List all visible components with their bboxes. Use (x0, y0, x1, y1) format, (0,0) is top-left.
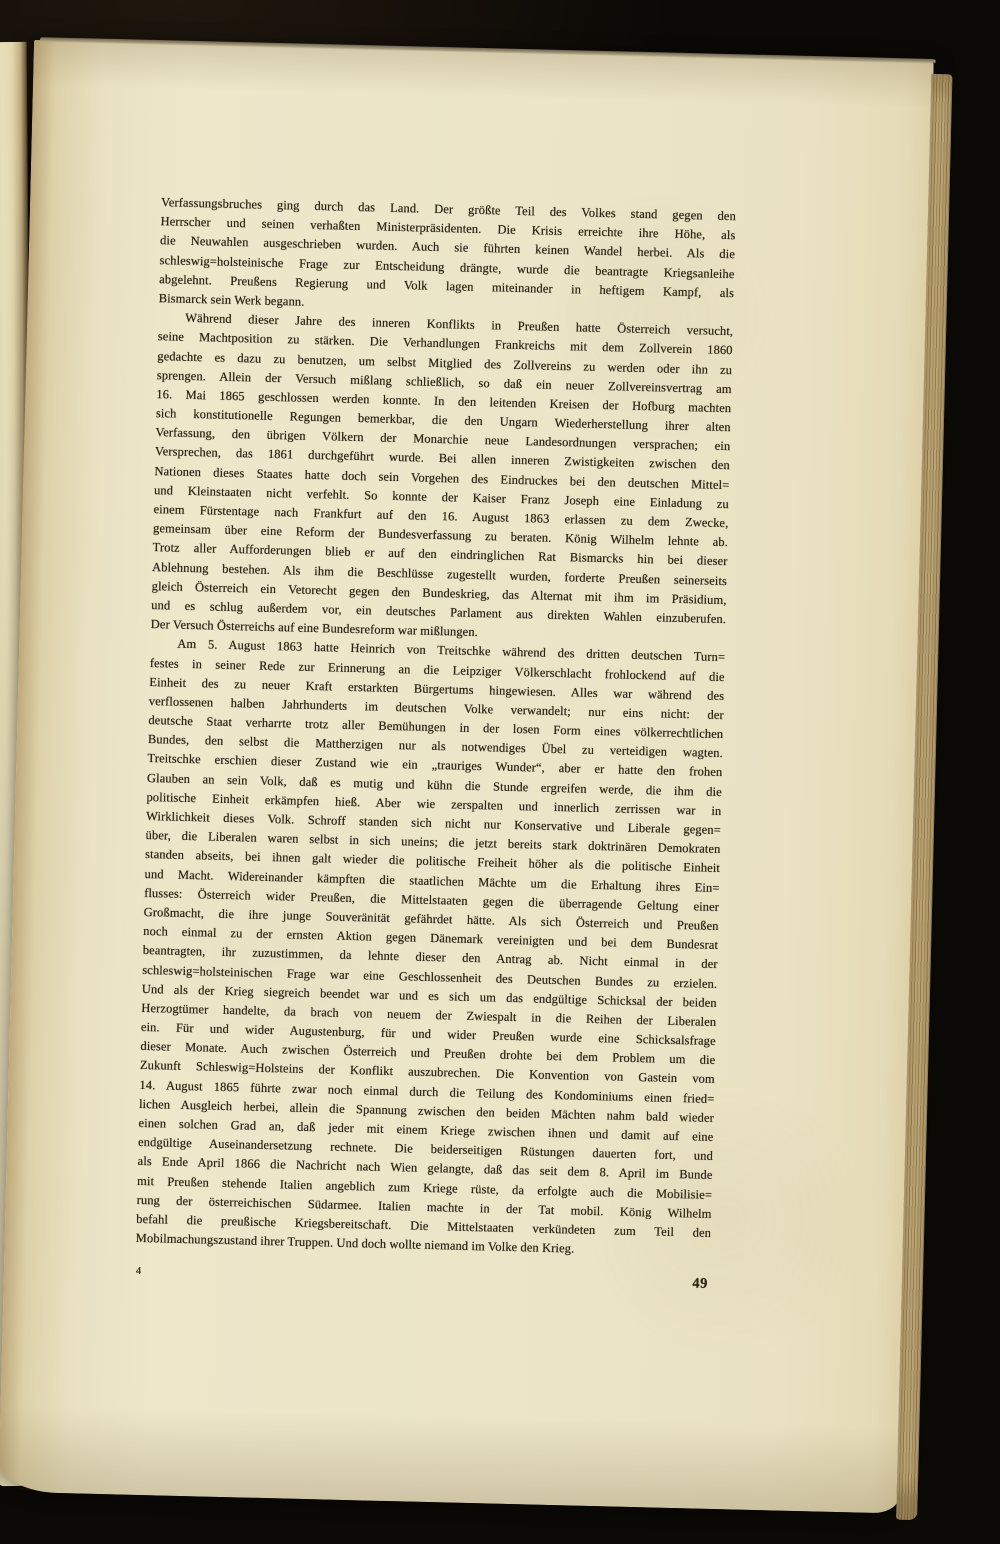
book-photo-background: Verfassungsbruches ging durch das Land. … (0, 0, 1000, 1544)
fore-edge-page-stack (896, 74, 952, 1520)
paragraph: Am 5. August 1863 hatte Heinrich von Tre… (136, 634, 726, 1262)
book-page: Verfassungsbruches ging durch das Land. … (0, 40, 934, 1514)
footer: 4 49 (135, 1261, 710, 1295)
paragraph: Verfassungsbruches ging durch das Land. … (158, 193, 736, 322)
paragraph: Während dieser Jahre des inneren Konflik… (151, 308, 734, 648)
signature-mark: 4 (136, 1262, 142, 1281)
page-top-edge (40, 37, 936, 64)
page-number: 49 (692, 1275, 708, 1295)
text-block: Verfassungsbruches ging durch das Land. … (135, 193, 736, 1295)
